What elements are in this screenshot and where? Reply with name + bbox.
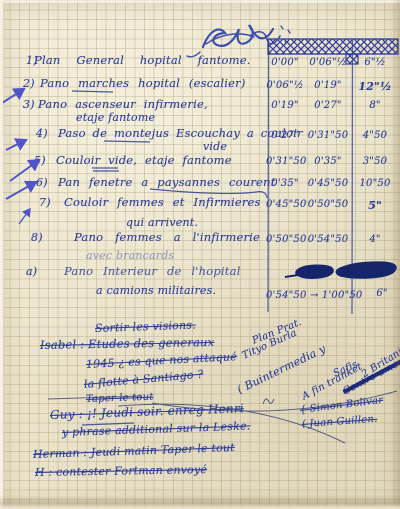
- notes-scribbles: Sortir les visions.Isabel : Etudes des g…: [0, 0, 400, 509]
- scribbled-note: Taper le tout: [86, 393, 154, 405]
- scribbled-note: la flotte à Santiago ?: [84, 369, 204, 390]
- scribbled-note: Herman : Jeudi matin Taper le tout: [33, 442, 235, 460]
- scribbled-note: ( Juan Guillen.: [302, 415, 378, 430]
- scribbled-note: H : contester Fortman envoyé: [35, 464, 207, 478]
- scribbled-note: Sortir les visions.: [95, 319, 196, 334]
- scribbled-note: 1945 ¿ es que nos attaqué: [86, 351, 237, 370]
- scribbled-note: Guy : ¡! Jeudi soir. enreg Henri: [50, 402, 244, 421]
- scribbled-note: y phrase additional sur la Leske.: [62, 420, 251, 438]
- paper-right-edge: [393, 0, 400, 509]
- paper-top-edge: [0, 0, 400, 3]
- scribbled-note: Isabel : Etudes des generaux: [40, 337, 215, 352]
- notebook-page: 1)Plan General hopital fantome.0'00"0'06…: [0, 0, 400, 509]
